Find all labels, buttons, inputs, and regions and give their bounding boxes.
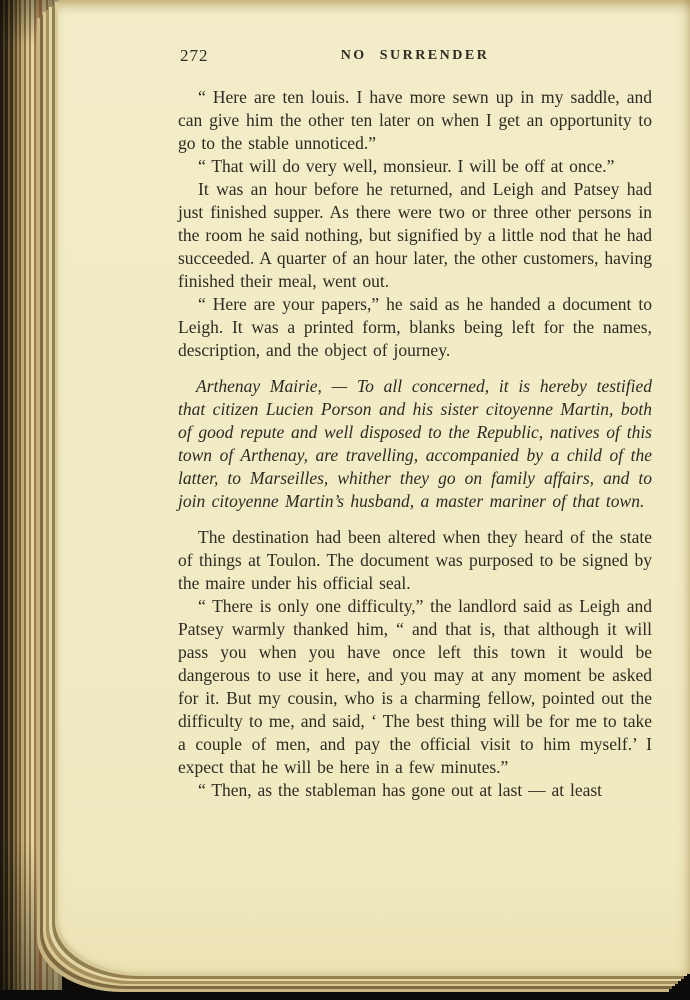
paragraph: “ Here are your papers,” he said as he h… (178, 293, 652, 362)
paragraph: “ Here are ten louis. I have more sewn u… (178, 86, 652, 155)
running-title: NO SURRENDER (178, 46, 652, 64)
paragraph: “ Then, as the stableman has gone out at… (178, 779, 652, 802)
book-scan: 272 NO SURRENDER “ Here are ten louis. I… (0, 0, 690, 1000)
body-text: “ Here are ten louis. I have more sewn u… (178, 86, 652, 802)
paragraph: “ There is only one difficulty,” the lan… (178, 595, 652, 779)
paragraph: The destination had been altered when th… (178, 526, 652, 595)
book-page-edges (0, 0, 62, 990)
paragraph: Arthenay Mairie, — To all concerned, it … (178, 375, 652, 513)
paragraph: “ That will do very well, monsieur. I wi… (178, 155, 652, 178)
book-page: 272 NO SURRENDER “ Here are ten louis. I… (58, 0, 690, 974)
running-head: 272 NO SURRENDER (178, 46, 652, 68)
text-block: 272 NO SURRENDER “ Here are ten louis. I… (178, 46, 652, 802)
paragraph: It was an hour before he returned, and L… (178, 178, 652, 293)
page-number: 272 (180, 46, 209, 66)
